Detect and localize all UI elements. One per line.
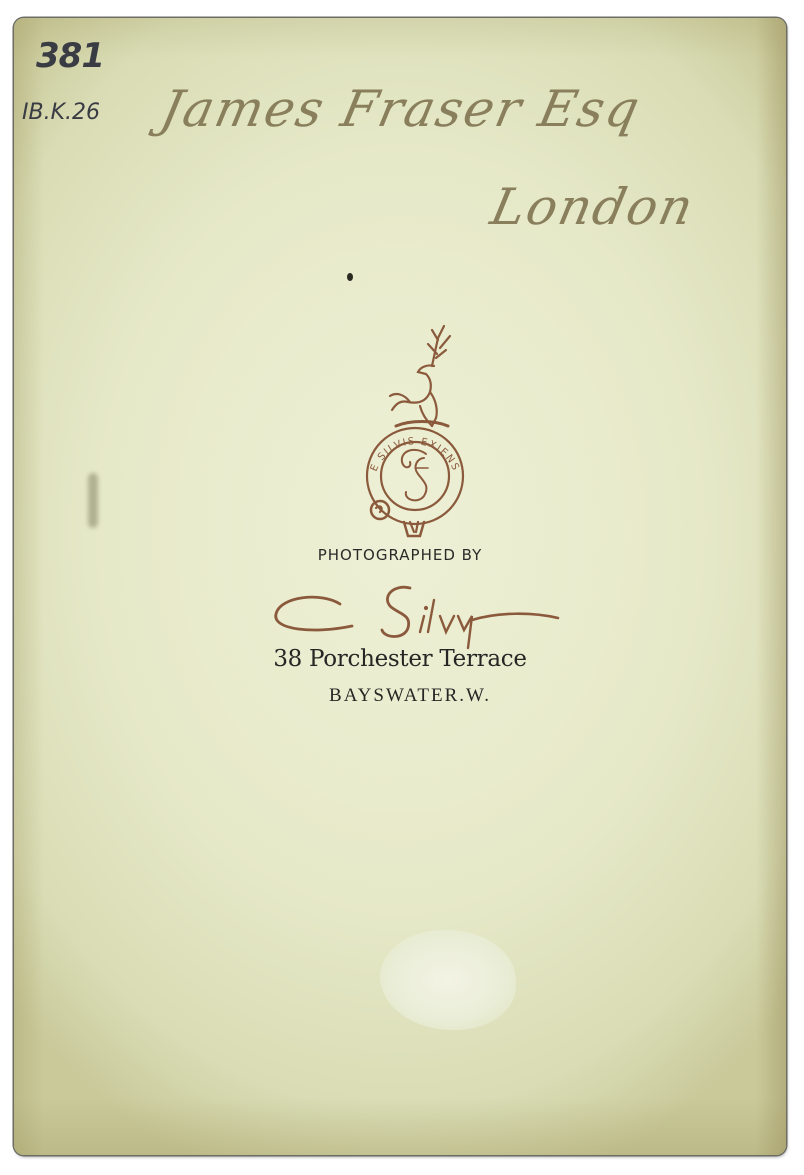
- handwritten-city: London: [486, 178, 700, 236]
- studio-address: 38 Porchester Terrace: [14, 646, 786, 672]
- smudge-mark: [88, 473, 98, 528]
- pencil-catalog-code: IB.K.26: [22, 100, 100, 125]
- handwritten-sitter-name: James Fraser Esq: [156, 80, 646, 138]
- studio-district: BAYSWATER.W.: [14, 685, 786, 707]
- photographed-by-label: PHOTOGRAPHED BY: [14, 546, 786, 564]
- abrasion-stain: [380, 930, 516, 1030]
- ink-spot: [347, 273, 353, 281]
- pencil-inventory-number: 381: [36, 36, 104, 76]
- photo-card-back: 381 IB.K.26 James Fraser Esq London: [14, 18, 786, 1155]
- stag-crest-icon: E SILVIS EXIENS: [340, 318, 490, 540]
